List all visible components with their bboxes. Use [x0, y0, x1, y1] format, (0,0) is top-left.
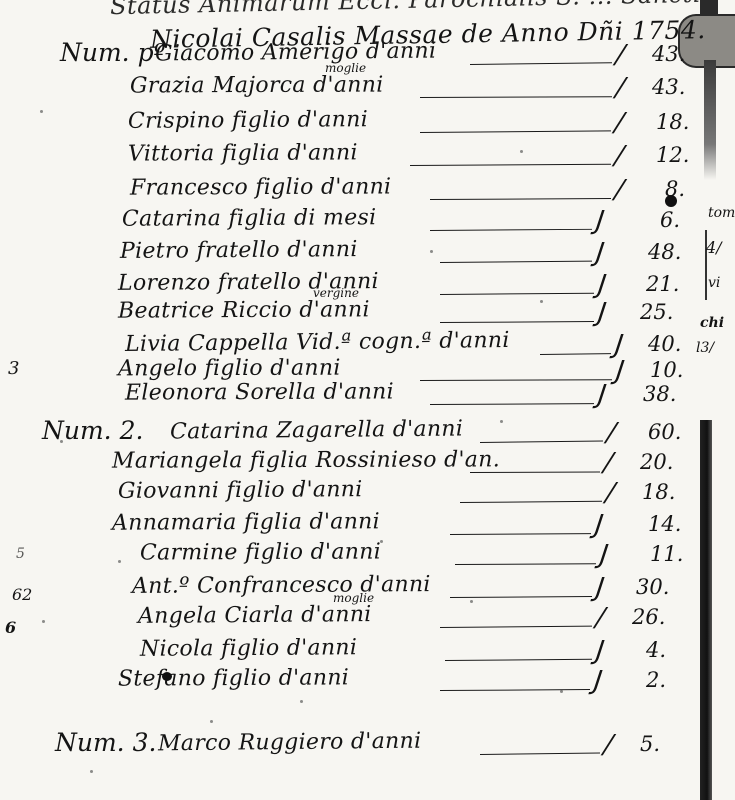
paper-speck — [118, 560, 121, 563]
age-value: 40. — [648, 332, 681, 356]
entry-rule-line — [450, 533, 591, 535]
entry-rule-line — [430, 403, 594, 405]
entry-rule-line — [440, 261, 592, 263]
member-name: Nicola figlio d'anni — [140, 635, 357, 662]
margin-note-left: 6 — [5, 618, 16, 637]
ink-blot — [665, 195, 677, 207]
entry-rule-line — [440, 626, 592, 628]
age-value: 18. — [642, 480, 675, 504]
tally-mark: / — [591, 603, 610, 633]
register-row: Eleonora Sorella d'anniJ38. — [0, 380, 735, 416]
age-value: 12. — [656, 143, 689, 167]
age-value: 25. — [640, 300, 673, 324]
member-name: Ant.º Confrancesco d'anni — [132, 572, 431, 599]
margin-note-right: chi — [700, 315, 724, 331]
member-name: Angela Ciarla d'anni — [138, 602, 372, 629]
paper-speck — [300, 700, 303, 703]
age-value: 14. — [648, 512, 681, 536]
age-value: 4. — [646, 638, 666, 662]
paper-speck — [40, 110, 43, 113]
tally-mark: / — [602, 418, 621, 448]
member-name: Eleonora Sorella d'anni — [125, 379, 394, 405]
entry-rule-line — [460, 501, 602, 503]
tally-mark: J — [591, 573, 608, 603]
member-name: Catarina figlia di mesi — [122, 205, 377, 232]
entry-rule-line — [440, 689, 590, 691]
entry-rule-line — [450, 596, 592, 598]
tally-mark: / — [610, 108, 629, 138]
tally-mark: / — [599, 448, 618, 478]
member-name: Carmine figlio d'anni — [140, 539, 381, 565]
tally-mark: J — [593, 270, 610, 300]
manuscript-page: Status Animarum Eccl. Parochialis S. ...… — [0, 0, 735, 800]
entry-rule-line — [440, 321, 594, 323]
margin-note-left: 5 — [16, 546, 25, 562]
member-name: Beatrice Riccio d'anni — [118, 297, 370, 323]
age-value: 43. — [652, 75, 685, 99]
tally-mark: J — [593, 298, 610, 328]
member-name: Francesco figlio d'anni — [130, 174, 391, 200]
age-value: 43. — [652, 42, 685, 66]
age-value: 11. — [650, 542, 683, 566]
ink-blot — [162, 672, 172, 681]
age-value: 38. — [643, 382, 676, 406]
entry-rule-line — [455, 563, 596, 565]
tally-mark: J — [589, 666, 606, 696]
register-row: Crispino figlio d'anni/18. — [0, 108, 735, 144]
member-name: Giacomo Amerigo d'anni — [155, 39, 437, 67]
register-row: Grazia Majorca d'annimoglie/43. — [0, 73, 735, 109]
age-value: 18. — [656, 110, 689, 134]
tally-mark: / — [610, 141, 629, 171]
member-name: Annamaria figlia d'anni — [112, 509, 380, 535]
tally-mark: / — [610, 175, 629, 205]
age-value: 60. — [648, 420, 681, 444]
paper-speck — [520, 150, 523, 153]
age-value: 26. — [632, 605, 665, 629]
member-name: Mariangela figlia Rossinieso d'an. — [112, 447, 500, 473]
tally-mark: J — [590, 510, 607, 540]
entry-rule-line — [440, 293, 594, 295]
superscript-note: moglie — [333, 591, 374, 605]
register-row: Num. pºGiacomo Amerigo d'anni/43. — [0, 40, 735, 76]
margin-note-right: 4/ — [706, 238, 722, 257]
paper-speck — [430, 250, 433, 253]
entry-rule-line — [430, 198, 611, 200]
register-row: Angela Ciarla d'annimoglie/26. — [0, 603, 735, 639]
paper-speck — [470, 600, 473, 603]
household-number: Num. pº — [60, 38, 165, 67]
register-row: Num. 3.Marco Ruggiero d'anni/5. — [0, 730, 735, 766]
margin-note-right: l3/ — [696, 340, 714, 356]
tally-mark: / — [599, 730, 618, 760]
member-name: Catarina Zagarella d'anni — [170, 416, 463, 444]
tally-mark: J — [591, 238, 608, 268]
tally-mark: J — [595, 540, 612, 570]
age-value: 20. — [640, 450, 673, 474]
tally-mark: J — [591, 636, 608, 666]
margin-note-left: 62 — [12, 585, 32, 604]
age-value: 21. — [646, 272, 679, 296]
tally-mark: / — [611, 40, 630, 70]
entry-rule-line — [445, 659, 592, 661]
age-value: 30. — [636, 575, 669, 599]
entry-rule-line — [430, 229, 592, 231]
age-value: 5. — [640, 732, 660, 756]
tally-mark: / — [611, 73, 630, 103]
margin-note-right: tom — [708, 205, 735, 221]
tally-mark: J — [593, 380, 610, 410]
entry-rule-line — [470, 62, 612, 65]
member-name: Angelo figlio d'anni — [118, 356, 341, 382]
paper-speck — [540, 300, 543, 303]
entry-rule-line — [540, 353, 611, 355]
superscript-note: moglie — [325, 61, 366, 75]
member-name: Vittoria figlia d'anni — [128, 140, 358, 166]
entry-rule-line — [480, 440, 603, 443]
paper-speck — [380, 540, 383, 543]
register-row: Vittoria figlia d'anni/12. — [0, 141, 735, 177]
superscript-note: vergine — [313, 286, 359, 300]
register-row: Stefano figlio d'anniJ2. — [0, 666, 735, 702]
household-number: Num. 3. — [55, 728, 156, 757]
member-name: Marco Ruggiero d'anni — [158, 729, 422, 757]
entry-rule-line — [420, 96, 612, 98]
paper-speck — [500, 420, 503, 423]
tally-mark: J — [591, 206, 608, 236]
member-name: Grazia Majorca d'anni — [130, 73, 384, 99]
member-name: Pietro fratello d'anni — [120, 237, 358, 264]
paper-speck — [560, 690, 563, 693]
member-name: Livia Cappella Vid.ª cogn.ª d'anni — [125, 328, 510, 357]
register-row: Catarina figlia di mesiJ6. — [0, 206, 735, 242]
paper-speck — [210, 720, 213, 723]
entry-rule-line — [480, 752, 600, 755]
age-value: 6. — [660, 208, 680, 232]
age-value: 2. — [646, 668, 666, 692]
entry-rule-line — [410, 164, 611, 166]
age-value: 48. — [648, 240, 681, 264]
entry-rule-line — [420, 130, 611, 133]
entry-rule-line — [470, 471, 600, 473]
tally-mark: / — [601, 478, 620, 508]
paper-speck — [60, 440, 63, 443]
paper-speck — [90, 770, 93, 773]
paper-speck — [42, 620, 45, 623]
margin-note-right: vi — [708, 275, 720, 291]
age-value: 10. — [650, 358, 683, 382]
member-name: Giovanni figlio d'anni — [118, 477, 363, 504]
register-row: Carmine figlio d'anniJ11. — [0, 540, 735, 576]
member-name: Crispino figlio d'anni — [128, 107, 368, 134]
margin-note-left: 3 — [8, 358, 19, 379]
household-number: Num. 2. — [42, 416, 143, 445]
member-name: Stefano figlio d'anni — [118, 665, 349, 691]
